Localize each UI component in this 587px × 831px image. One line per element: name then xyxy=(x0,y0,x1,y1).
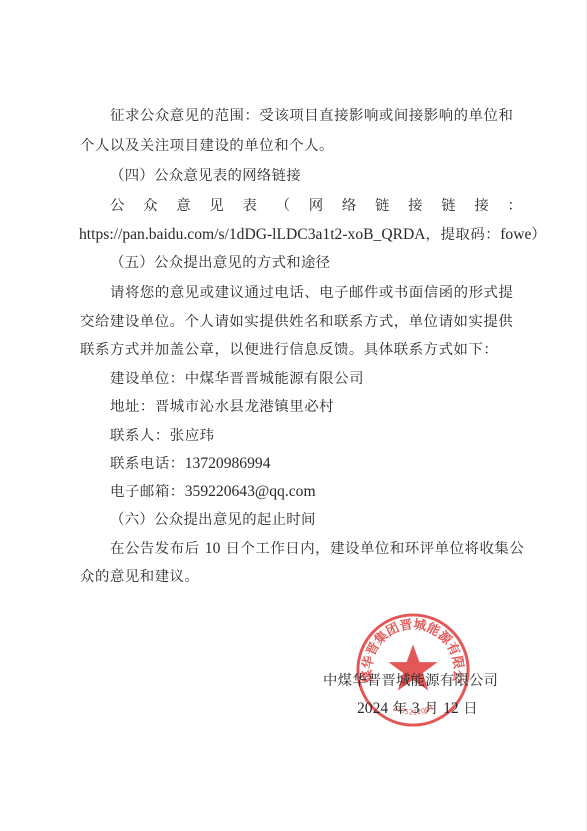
period-line-2: 众的意见和建议。 xyxy=(80,567,522,587)
link-label-char: 公 xyxy=(110,196,124,216)
link-label-char: 网 xyxy=(309,196,323,216)
signature-date: 2024 年 3 月 12 日 xyxy=(357,697,478,718)
method-line-3: 联系方式并加盖公章，以便进行信息反馈。具体联系方式如下： xyxy=(80,340,522,360)
link-label-char: 接 xyxy=(474,196,488,216)
date-day: 12 xyxy=(443,700,459,717)
date-day-suffix: 日 xyxy=(459,701,478,717)
contact-email-label: 电子邮箱： xyxy=(110,484,185,500)
section-5-heading: （五）公众提出意见的方式和途径 xyxy=(110,253,552,273)
contact-unit: 建设单位：中煤华晋晋城能源有限公司 xyxy=(110,369,522,389)
date-year: 2024 xyxy=(357,700,388,717)
contact-address-value: 晋城市沁水县龙港镇里必村 xyxy=(155,399,334,415)
date-month-suffix: 月 xyxy=(420,701,444,717)
link-label-line: 公 众 意 见 表 （ 网 络 链 接 链 接 ： xyxy=(110,196,522,216)
link-label-char: 络 xyxy=(342,196,356,216)
date-month: 3 xyxy=(412,700,420,717)
period-days: 10 xyxy=(205,540,221,557)
contact-unit-label: 建设单位： xyxy=(110,371,185,387)
section-6-heading: （六）公众提出意见的起止时间 xyxy=(110,510,552,530)
link-label-char: 链 xyxy=(441,196,455,216)
date-year-suffix: 年 xyxy=(388,701,412,717)
extract-code-label: ，提取码： xyxy=(426,227,501,243)
method-line-2: 交给建设单位。个人请如实提供姓名和联系方式，单位请如实提供 xyxy=(80,312,522,332)
period-post: 日个工作日内，建设单位和环评单位将收集公 xyxy=(220,541,524,557)
scope-line-2: 个人以及关注项目建设的单位和个人。 xyxy=(80,136,522,156)
contact-email-value[interactable]: 359220643@qq.com xyxy=(185,483,316,500)
section-4-heading: （四）公众意见表的网络链接 xyxy=(110,166,552,186)
link-label-char: 接 xyxy=(408,196,422,216)
contact-address-label: 地址： xyxy=(110,399,155,415)
link-label-char: ： xyxy=(508,196,522,216)
contact-phone-value: 13720986994 xyxy=(185,455,271,472)
link-close-paren: ） xyxy=(531,227,546,243)
contact-person: 联系人：张应玮 xyxy=(110,426,522,446)
contact-person-value: 张应玮 xyxy=(170,428,215,444)
method-line-1: 请将您的意见或建议通过电话、电子邮件或书面信函的形式提 xyxy=(110,283,522,303)
link-label-char: 众 xyxy=(143,196,157,216)
link-label-char: 见 xyxy=(209,196,223,216)
baidu-pan-link[interactable]: https://pan.baidu.com/s/1dDG-lLDC3a1t2-x… xyxy=(79,226,426,243)
link-label-char: 意 xyxy=(176,196,190,216)
contact-address: 地址：晋城市沁水县龙港镇里必村 xyxy=(110,397,522,417)
link-label-char: 链 xyxy=(375,196,389,216)
extract-code: fowe xyxy=(500,226,531,243)
contact-phone: 联系电话：13720986994 xyxy=(110,454,522,474)
link-label-char: 表 xyxy=(243,196,257,216)
contact-unit-value: 中煤华晋晋城能源有限公司 xyxy=(185,371,364,387)
contact-person-label: 联系人： xyxy=(110,428,170,444)
period-pre: 在公告发布后 xyxy=(110,541,205,557)
scope-line-1: 征求公众意见的范围：受该项目直接影响或间接影响的单位和 xyxy=(110,106,522,126)
signature-company: 中煤华晋晋城能源有限公司 xyxy=(323,669,498,690)
period-line-1: 在公告发布后 10 日个工作日内，建设单位和环评单位将收集公 xyxy=(110,539,522,559)
contact-phone-label: 联系电话： xyxy=(110,456,185,472)
link-label-char: （ xyxy=(276,196,290,216)
link-url-line: https://pan.baidu.com/s/1dDG-lLDC3a1t2-x… xyxy=(79,225,525,245)
contact-email: 电子邮箱：359220643@qq.com xyxy=(110,482,522,502)
